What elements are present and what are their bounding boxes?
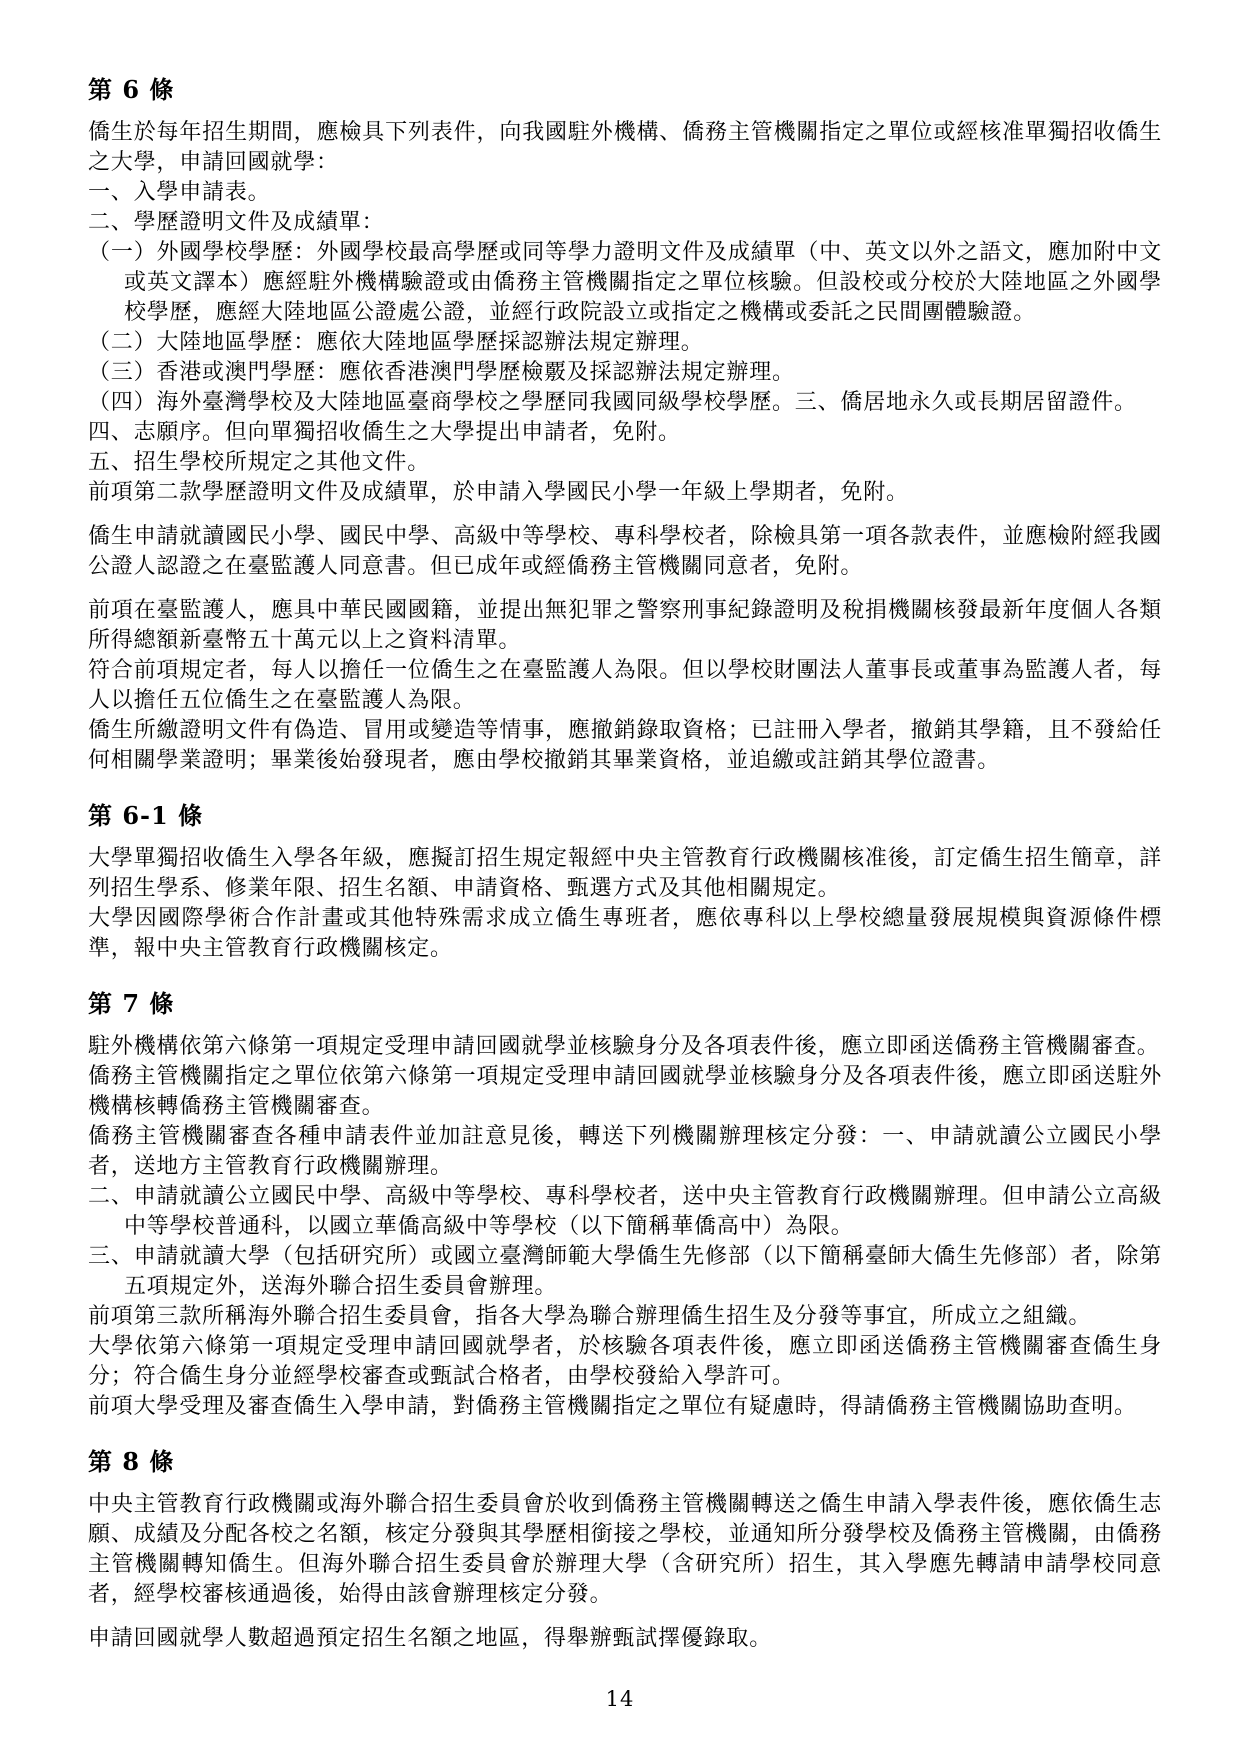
paragraph: 申請回國就學人數超過預定招生名額之地區，得舉辦甄試擇優錄取。 — [88, 1624, 1162, 1654]
list-item: 二、申請就讀公立國民中學、高級中等學校、專科學校者，送中央主管教育行政機關辦理。… — [88, 1182, 1162, 1242]
paragraph: 前項大學受理及審查僑生入學申請，對僑務主管機關指定之單位有疑慮時，得請僑務主管機… — [88, 1392, 1162, 1422]
list-item: 二、學歷證明文件及成績單： — [88, 208, 1162, 238]
paragraph: 駐外機構依第六條第一項規定受理申請回國就學並核驗身分及各項表件後，應立即函送僑務… — [88, 1032, 1162, 1062]
article-heading: 第 7 條 — [88, 990, 1162, 1018]
paragraph: 大學單獨招收僑生入學各年級，應擬訂招生規定報經中央主管教育行政機關核准後，訂定僑… — [88, 844, 1162, 904]
article-6: 第 6 條 僑生於每年招生期間，應檢具下列表件，向我國駐外機構、僑務主管機關指定… — [88, 76, 1162, 776]
list-item: 一、入學申請表。 — [88, 178, 1162, 208]
paragraph: 前項第二款學歷證明文件及成績單，於申請入學國民小學一年級上學期者，免附。 — [88, 478, 1162, 508]
paragraph: 僑生所繳證明文件有偽造、冒用或變造等情事，應撤銷錄取資格；已註冊入學者，撤銷其學… — [88, 716, 1162, 776]
paragraph: 前項第三款所稱海外聯合招生委員會，指各大學為聯合辦理僑生招生及分發等事宜，所成立… — [88, 1302, 1162, 1332]
paragraph: 大學因國際學術合作計畫或其他特殊需求成立僑生專班者，應依專科以上學校總量發展規模… — [88, 904, 1162, 964]
paragraph: 符合前項規定者，每人以擔任一位僑生之在臺監護人為限。但以學校財團法人董事長或董事… — [88, 656, 1162, 716]
article-heading: 第 6 條 — [88, 76, 1162, 104]
article-heading: 第 6-1 條 — [88, 802, 1162, 830]
paragraph: 大學依第六條第一項規定受理申請回國就學者，於核驗各項表件後，應立即函送僑務主管機… — [88, 1332, 1162, 1392]
paragraph: 僑務主管機關指定之單位依第六條第一項規定受理申請回國就學並核驗身分及各項表件後，… — [88, 1062, 1162, 1122]
article-heading: 第 8 條 — [88, 1448, 1162, 1476]
list-item: （二）大陸地區學歷：應依大陸地區學歷採認辦法規定辦理。 — [88, 328, 1162, 358]
page-number: 14 — [0, 1687, 1240, 1711]
article-6-1: 第 6-1 條 大學單獨招收僑生入學各年級，應擬訂招生規定報經中央主管教育行政機… — [88, 802, 1162, 964]
paragraph: 僑生申請就讀國民小學、國民中學、高級中等學校、專科學校者，除檢具第一項各款表件，… — [88, 522, 1162, 582]
list-item: 五、招生學校所規定之其他文件。 — [88, 448, 1162, 478]
paragraph: 前項在臺監護人，應具中華民國國籍，並提出無犯罪之警察刑事紀錄證明及稅捐機關核發最… — [88, 596, 1162, 656]
article-7: 第 7 條 駐外機構依第六條第一項規定受理申請回國就學並核驗身分及各項表件後，應… — [88, 990, 1162, 1422]
article-8: 第 8 條 中央主管教育行政機關或海外聯合招生委員會於收到僑務主管機關轉送之僑生… — [88, 1448, 1162, 1654]
list-item: 四、志願序。但向單獨招收僑生之大學提出申請者，免附。 — [88, 418, 1162, 448]
list-item: （四）海外臺灣學校及大陸地區臺商學校之學歷同我國同級學校學歷。三、僑居地永久或長… — [88, 388, 1162, 418]
document-page: 第 6 條 僑生於每年招生期間，應檢具下列表件，向我國駐外機構、僑務主管機關指定… — [0, 0, 1240, 1753]
paragraph: 僑生於每年招生期間，應檢具下列表件，向我國駐外機構、僑務主管機關指定之單位或經核… — [88, 118, 1162, 178]
paragraph: 中央主管教育行政機關或海外聯合招生委員會於收到僑務主管機關轉送之僑生申請入學表件… — [88, 1490, 1162, 1610]
list-item: 三、申請就讀大學（包括研究所）或國立臺灣師範大學僑生先修部（以下簡稱臺師大僑生先… — [88, 1242, 1162, 1302]
paragraph: 僑務主管機關審查各種申請表件並加註意見後，轉送下列機關辦理核定分發：一、申請就讀… — [88, 1122, 1162, 1182]
list-item: （三）香港或澳門學歷：應依香港澳門學歷檢覈及採認辦法規定辦理。 — [88, 358, 1162, 388]
list-item: （一）外國學校學歷：外國學校最高學歷或同等學力證明文件及成績單（中、英文以外之語… — [88, 238, 1162, 328]
